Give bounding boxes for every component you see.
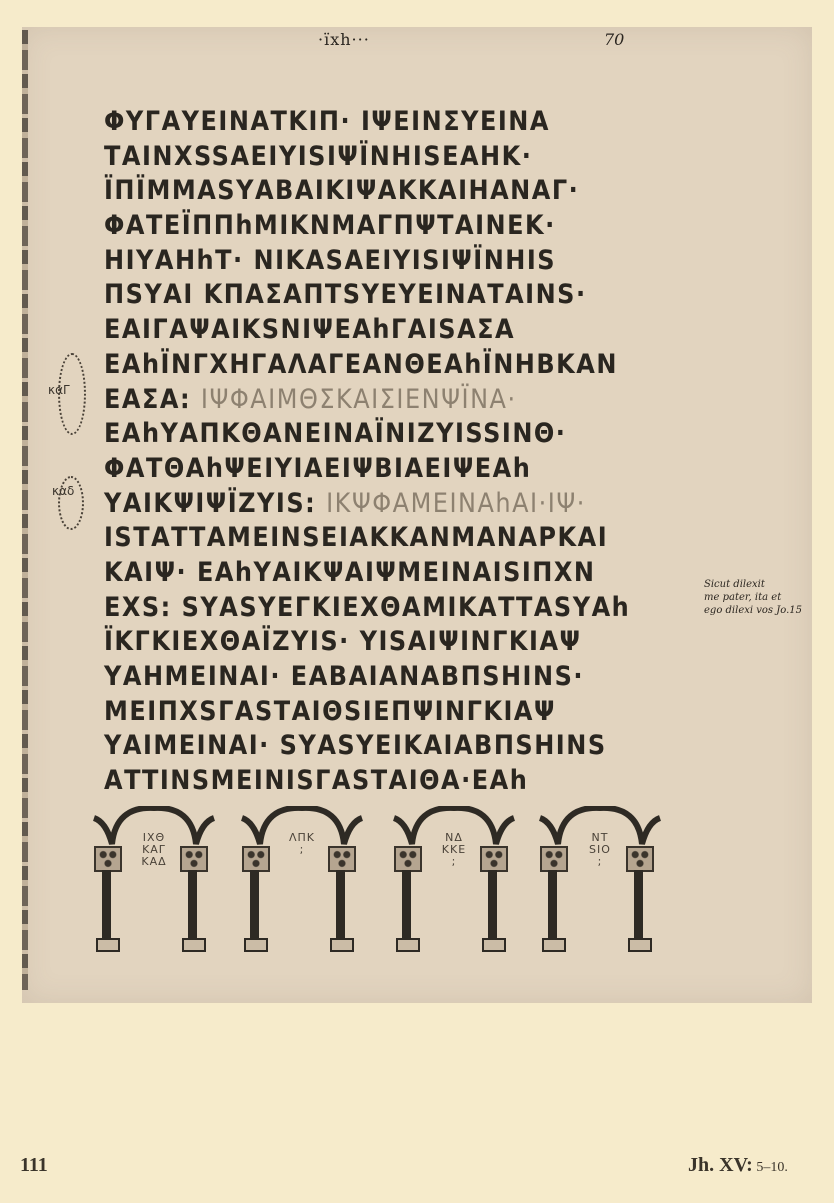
text-line: ΦΑΤΘΑhΨΕΙΥΙΑΕΙΨΒΙΑΕΙΨΕΑh [104, 449, 704, 487]
manuscript-text: ΦΥΓΑΥΕΙΝΑΤΚΙΠ· ΙΨΕΙΝΣΥΕΙΝΑ ΤΑΙΝΧSSΑΕΙΥΙS… [104, 104, 704, 798]
text-line: ΥΑΗΜΕΙΝΑΙ· ΕΑΒΑΙΑΝΑΒΠSΗΙΝS· [104, 657, 704, 695]
canon-label: ΝΔΚΚΕ; [428, 832, 480, 868]
text-line: ΦΥΓΑΥΕΙΝΑΤΚΙΠ· ΙΨΕΙΝΣΥΕΙΝΑ [104, 102, 704, 140]
column [390, 846, 422, 952]
faded-text: ΙΚΨΦΑΜΕΙΝΑhΑΙ·ΙΨ· [326, 487, 586, 518]
text-line: ΑΤΤΙΝSΜΕΙΝΙSΓΑSΤΑΙΘΑ·ΕΑh [104, 761, 704, 799]
folio-header: ·ïxh··· [318, 30, 370, 49]
column [176, 846, 208, 952]
margin-note: καΓ [48, 383, 70, 397]
column [476, 846, 508, 952]
column [622, 846, 654, 952]
dotted-frame [58, 476, 84, 530]
column [238, 846, 270, 952]
text-line: ΙSΤΑΤΤΑΜΕΙΝSΕΙΑΚΚΑΝΜΑΝΑΡΚΑΙ [104, 519, 704, 557]
canon-label: ΛΠΚ; [276, 832, 328, 856]
text-line: ΕΑΣΑ: ΙΨΦΑΙΜΘΣΚΑΙΣΙΕΝΨΪΝΑ· [104, 380, 704, 418]
canon-label: ΝΤSΙΟ; [574, 832, 626, 868]
page-number: 111 [20, 1154, 48, 1177]
marginal-gloss: Sicut dilexit me pater, ita et ego dilex… [704, 578, 802, 617]
text-line: ΕΑhΪΝΓΧΗΓΑΛΑΓΕΑΝΘΕΑhΪΝΗΒΚΑΝ [104, 345, 704, 383]
dotted-frame [58, 353, 86, 435]
column [324, 846, 356, 952]
column [536, 846, 568, 952]
text-line: ΦΑΤΕΪΠΠhΜΙΚΝΜΑΓΠΨΤΑΙΝΕΚ· [104, 206, 704, 244]
column [90, 846, 122, 952]
text-line: ΜΕΙΠΧSΓΑSΤΑΙΘSΙΕΠΨΙΝΓΚΙΑΨ [104, 692, 704, 730]
text-line: ΥΑΙΚΨΙΨΪΖΥΙS: ΙΚΨΦΑΜΕΙΝΑhΑΙ·ΙΨ· [104, 484, 704, 522]
canon-table-arcade: ΙΧΘΚΑΓΚΑΔ ΛΠΚ; ΝΔΚΚΕ; ΝΤSΙΟ; [84, 806, 674, 956]
text-line: ΕΑΙΓΑΨΑΙΚSΝΙΨΕΑhΓΑΙSΑΣΑ [104, 310, 704, 348]
binding-edge [22, 30, 28, 990]
text-line: ΪΠΪΜΜΑSΥΑΒΑΙΚΙΨΑΚΚΑΙΗΑΝΑΓ· [104, 172, 704, 210]
arcade-bay: ΛΠΚ; [232, 806, 372, 954]
text-line: ΗΙΥΑΗhΤ· ΝΙΚΑSΑΕΙΥΙSΙΨΪΝΗΙS [104, 241, 704, 279]
text-line: ΪΚΓΚΙΕΧΘΑΪΖΥΙS· ΥΙSΑΙΨΙΝΓΚΙΑΨ [104, 623, 704, 661]
arcade-bay: ΙΧΘΚΑΓΚΑΔ [84, 806, 224, 954]
canon-label: ΙΧΘΚΑΓΚΑΔ [128, 832, 180, 868]
arcade-bay: ΝΤSΙΟ; [530, 806, 670, 954]
text-line: ΠSΥΑΙ ΚΠΑΣΑΠΤSΥΕΥΕΙΝΑΤΑΙΝS· [104, 276, 704, 314]
arcade-bay: ΝΔΚΚΕ; [384, 806, 524, 954]
text-line: ΚΑΙΨ· ΕΑhΥΑΙΚΨΑΙΨΜΕΙΝΑΙSΙΠΧΝ [104, 553, 704, 591]
text-line: ΕΧS: SΥΑSΥΕΓΚΙΕΧΘΑΜΙΚΑΤΤΑSΥΑh [104, 588, 704, 626]
text-line: ΥΑΙΜΕΙΝΑΙ· SΥΑSΥΕΙΚΑΙΑΒΠSΗΙΝS [104, 727, 704, 765]
text-line: ΤΑΙΝΧSSΑΕΙΥΙSΙΨΪΝΗΙSΕΑΗΚ· [104, 137, 704, 175]
faded-text: ΙΨΦΑΙΜΘΣΚΑΙΣΙΕΝΨΪΝΑ· [201, 383, 517, 414]
margin-note: καδ [52, 484, 74, 498]
scripture-reference: Jh. XV: 5–10. [688, 1154, 788, 1177]
text-line: ΕΑhΥΑΠΚΘΑΝΕΙΝΑΪΝΙΖΥΙSSΙΝΘ· [104, 414, 704, 452]
folio-number: 70 [604, 30, 624, 49]
